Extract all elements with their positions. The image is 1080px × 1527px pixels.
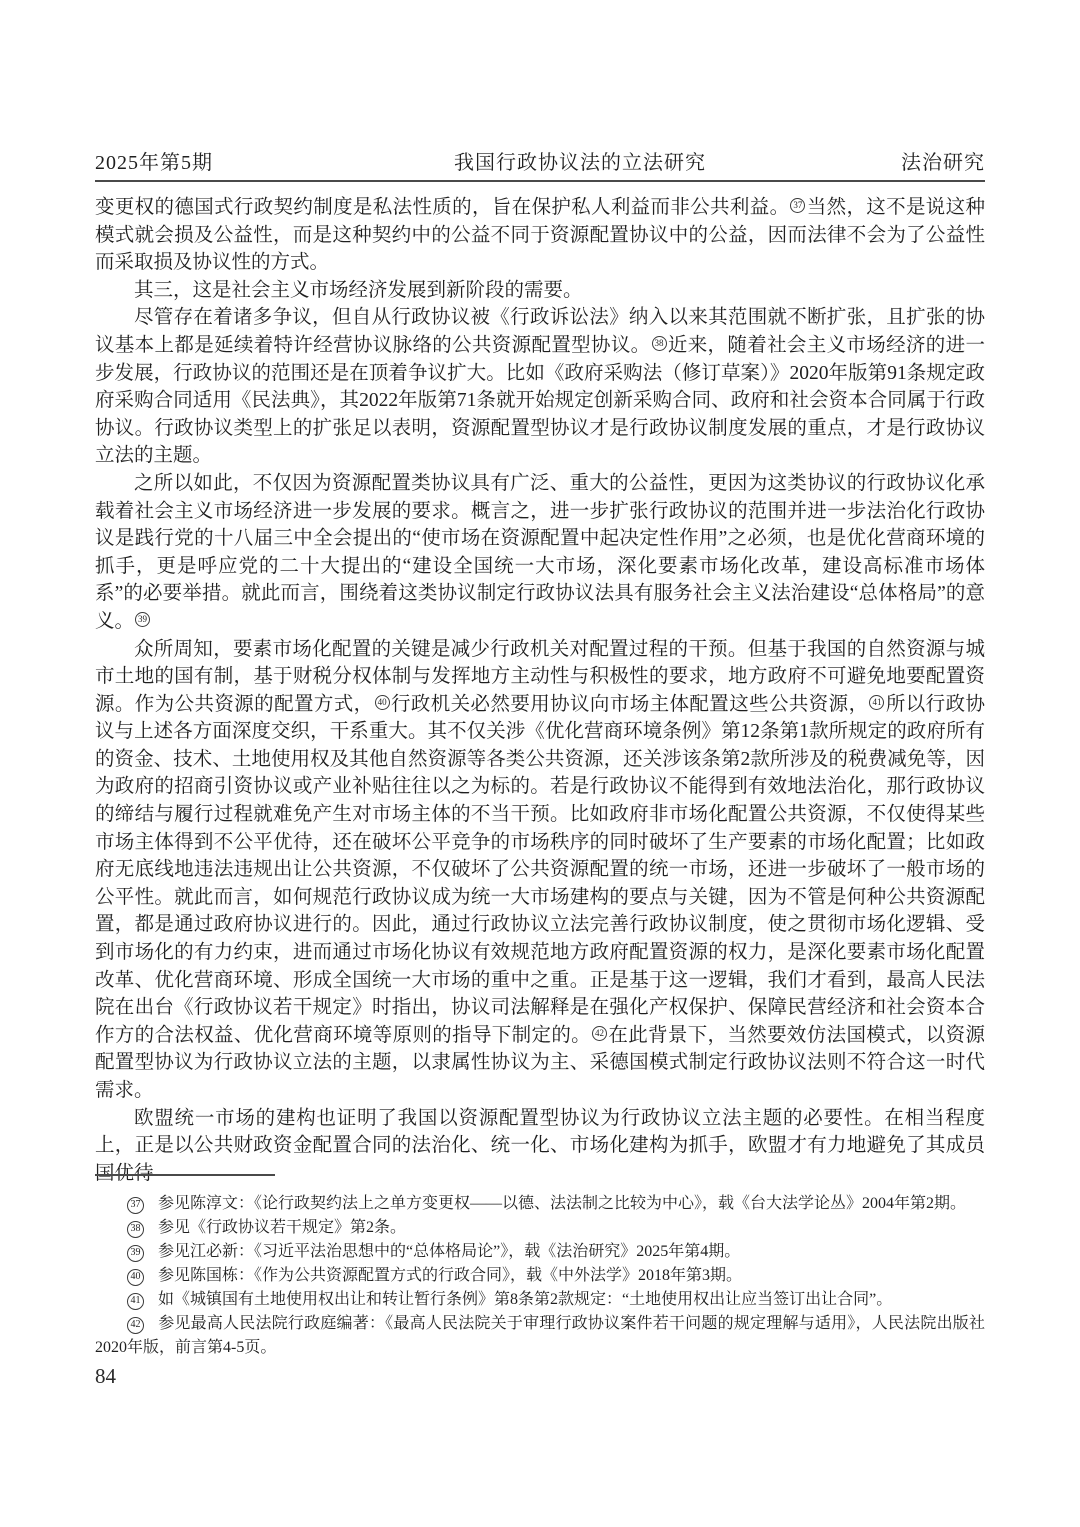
header-article-title: 我国行政协议法的立法研究 (275, 146, 885, 175)
footnote-number-marker: 41 (127, 1293, 144, 1310)
footnote-item: 38参见《行政协议若干规定》第2条。 (95, 1216, 985, 1240)
footnote-ref-marker: 41 (869, 695, 884, 710)
footnote-text: 参见江必新：《习近平法治思想中的“总体格局论”》，载《法治研究》2025年第4期… (158, 1243, 740, 1260)
footnote-ref-marker: 39 (135, 612, 150, 627)
paragraph-text: 行政机关必然要用协议向市场主体配置这些公共资源， (391, 694, 869, 715)
paragraph-text: 所以行政协议与上述各方面深度交织，干系重大。其不仅关涉《优化营商环境条例》第12… (95, 694, 985, 1046)
page-number: 84 (95, 1364, 116, 1389)
footnotes-section: 37参见陈淳文：《论行政契约法上之单方变更权——以德、法法制之比较为中心》，载《… (95, 1192, 985, 1360)
footnote-divider (95, 1174, 275, 1176)
article-body: 变更权的德国式行政契约制度是私法性质的，旨在保护私人利益而非公共利益。37当然，… (95, 194, 985, 1187)
journal-page: 2025年第5期 我国行政协议法的立法研究 法治研究 变更权的德国式行政契约制度… (0, 0, 1080, 1527)
page-header: 2025年第5期 我国行政协议法的立法研究 法治研究 (95, 146, 985, 175)
footnote-item: 40参见陈国栋：《作为公共资源配置方式的行政合同》，载《中外法学》2018年第3… (95, 1264, 985, 1288)
header-journal-name: 法治研究 (885, 146, 985, 175)
paragraph: 尽管存在着诸多争议，但自从行政协议被《行政诉讼法》纳入以来其范围就不断扩张，且扩… (95, 304, 985, 470)
paragraph: 变更权的德国式行政契约制度是私法性质的，旨在保护私人利益而非公共利益。37当然，… (95, 194, 985, 277)
footnote-item: 39参见江必新：《习近平法治思想中的“总体格局论”》，载《法治研究》2025年第… (95, 1240, 985, 1264)
footnote-item: 37参见陈淳文：《论行政契约法上之单方变更权——以德、法法制之比较为中心》，载《… (95, 1192, 985, 1216)
paragraph: 众所周知，要素市场化配置的关键是减少行政机关对配置过程的干预。但基于我国的自然资… (95, 636, 985, 1105)
footnote-number-marker: 38 (127, 1221, 144, 1238)
paragraph-text: 欧盟统一市场的建构也证明了我国以资源配置型协议为行政协议立法主题的必要性。在相当… (95, 1108, 985, 1184)
footnote-text: 如《城镇国有土地使用权出让和转让暂行条例》第8条第2款规定：“土地使用权出让应当… (158, 1291, 892, 1308)
footnote-text: 参见陈淳文：《论行政契约法上之单方变更权——以德、法法制之比较为中心》，载《台大… (158, 1195, 966, 1212)
paragraph: 其三，这是社会主义市场经济发展到新阶段的需要。 (95, 277, 985, 305)
footnote-ref-marker: 38 (652, 336, 667, 351)
footnote-number-marker: 39 (127, 1245, 144, 1262)
footnote-ref-marker: 42 (592, 1026, 607, 1041)
footnote-number-marker: 40 (127, 1269, 144, 1286)
paragraph-text: 变更权的德国式行政契约制度是私法性质的，旨在保护私人利益而非公共利益。 (95, 197, 789, 218)
header-divider (95, 180, 985, 182)
paragraph-text: 之所以如此，不仅因为资源配置类协议具有广泛、重大的公益性，更因为这类协议的行政协… (95, 473, 985, 632)
footnote-ref-marker: 37 (790, 198, 805, 213)
paragraph-text: 其三，这是社会主义市场经济发展到新阶段的需要。 (134, 280, 583, 301)
paragraph: 之所以如此，不仅因为资源配置类协议具有广泛、重大的公益性，更因为这类协议的行政协… (95, 470, 985, 636)
header-issue: 2025年第5期 (95, 146, 275, 175)
footnote-number-marker: 37 (127, 1197, 144, 1214)
footnote-text: 参见《行政协议若干规定》第2条。 (158, 1219, 406, 1236)
footnote-text: 参见陈国栋：《作为公共资源配置方式的行政合同》，载《中外法学》2018年第3期。 (158, 1267, 742, 1284)
footnote-number-marker: 42 (127, 1317, 144, 1334)
footnote-item: 41如《城镇国有土地使用权出让和转让暂行条例》第8条第2款规定：“土地使用权出让… (95, 1288, 985, 1312)
footnote-item: 42参见最高人民法院行政庭编著：《最高人民法院关于审理行政协议案件若干问题的规定… (95, 1312, 985, 1360)
footnote-text: 参见最高人民法院行政庭编著：《最高人民法院关于审理行政协议案件若干问题的规定理解… (95, 1315, 985, 1356)
footnote-ref-marker: 40 (375, 695, 390, 710)
